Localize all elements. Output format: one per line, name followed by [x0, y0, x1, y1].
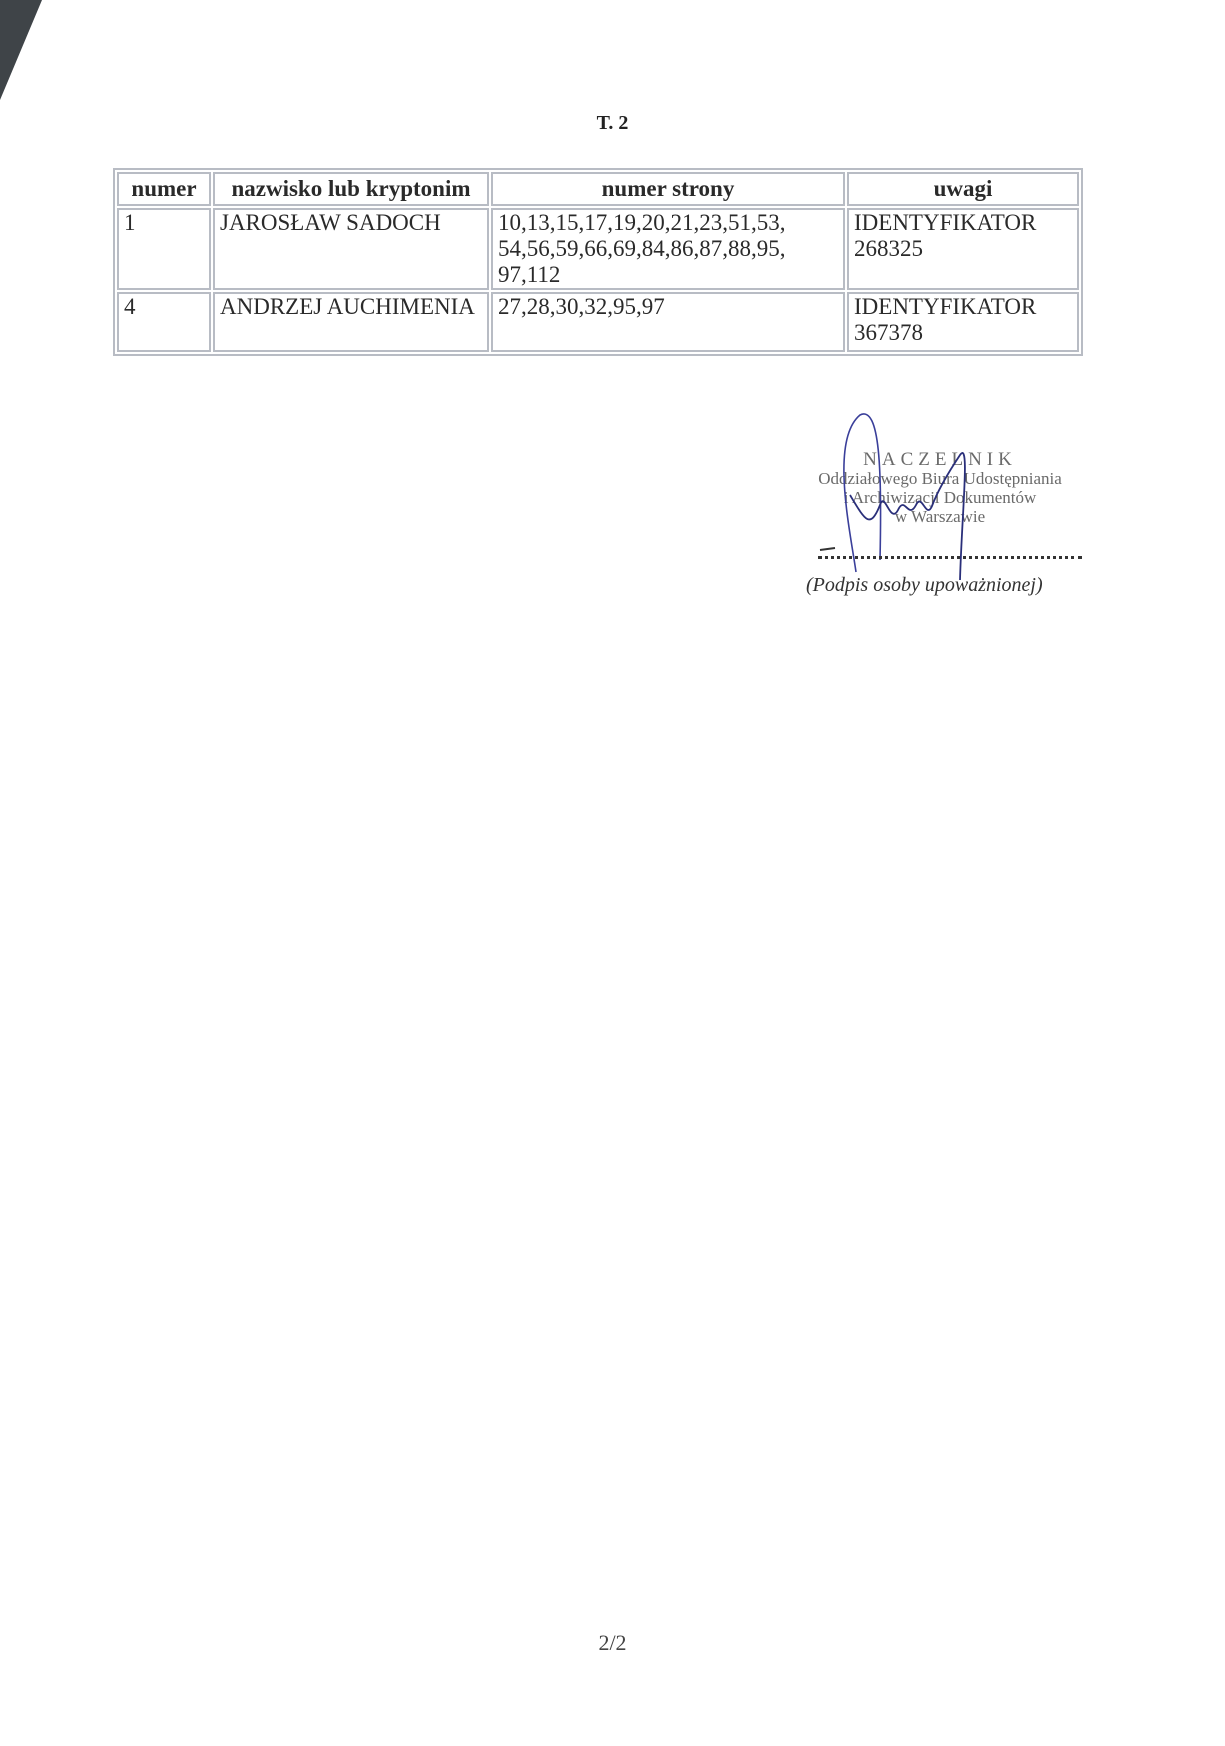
notes-id: 367378 — [854, 320, 1072, 346]
cell-notes: IDENTYFIKATOR 367378 — [847, 292, 1079, 352]
document-title: T. 2 — [0, 112, 1225, 135]
notes-label: IDENTYFIKATOR — [854, 210, 1072, 236]
table-header-row: numer nazwisko lub kryptonim numer stron… — [117, 172, 1079, 206]
page-number: 2/2 — [0, 1630, 1225, 1656]
cell-notes: IDENTYFIKATOR 268325 — [847, 208, 1079, 290]
cell-name: ANDRZEJ AUCHIMENIA — [213, 292, 489, 352]
signature-caption: (Podpis osoby upoważnionej) — [806, 574, 1043, 597]
header-pages: numer strony — [491, 172, 845, 206]
signature-line — [818, 556, 1082, 559]
header-numer: numer — [117, 172, 211, 206]
cell-pages: 27,28,30,32,95,97 — [491, 292, 845, 352]
notes-id: 268325 — [854, 236, 1072, 262]
cell-numer: 4 — [117, 292, 211, 352]
table-row: 1 JAROSŁAW SADOCH 10,13,15,17,19,20,21,2… — [117, 208, 1079, 290]
records-table: numer nazwisko lub kryptonim numer stron… — [113, 168, 1083, 356]
scan-corner-shadow — [0, 0, 42, 100]
cell-name: JAROSŁAW SADOCH — [213, 208, 489, 290]
cell-numer: 1 — [117, 208, 211, 290]
notes-label: IDENTYFIKATOR — [854, 294, 1072, 320]
header-notes: uwagi — [847, 172, 1079, 206]
cell-pages: 10,13,15,17,19,20,21,23,51,53, 54,56,59,… — [491, 208, 845, 290]
handwritten-signature-icon — [810, 410, 1110, 590]
header-name: nazwisko lub kryptonim — [213, 172, 489, 206]
table-row: 4 ANDRZEJ AUCHIMENIA 27,28,30,32,95,97 I… — [117, 292, 1079, 352]
